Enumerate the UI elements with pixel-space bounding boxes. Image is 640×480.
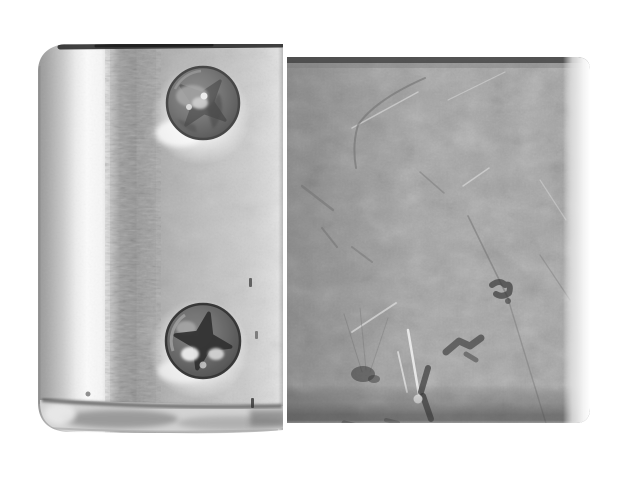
bracket-fold-speckle-texture — [110, 44, 156, 434]
smudge — [505, 298, 511, 304]
screw-reflection — [181, 347, 199, 361]
bottom-fold-highlight — [44, 403, 76, 425]
bottom-fold-right-shadow — [250, 410, 286, 426]
screw-reflection — [186, 104, 192, 110]
edge-nick — [255, 331, 258, 339]
photo-canvas — [0, 0, 640, 480]
plate-left-shading — [287, 57, 417, 423]
plate-right-edge-highlight — [563, 57, 590, 423]
bottom-fold-shadow — [62, 410, 178, 428]
photo-stage: Grayscale close-up photograph of a folde… — [0, 0, 640, 480]
screw-reflection — [200, 362, 207, 369]
smudge — [344, 423, 362, 427]
plate — [287, 57, 590, 430]
edge-nick — [251, 398, 254, 408]
plate-top-edge — [287, 57, 590, 63]
edge-nick — [86, 392, 91, 397]
plate-top-edge-shadow — [287, 63, 590, 68]
screw-reflection — [201, 93, 208, 100]
edge-nick — [249, 278, 252, 287]
plate-bottom-edge — [287, 385, 590, 423]
screw-reflection — [208, 348, 224, 360]
bracket-top-edge-dark — [96, 45, 212, 46]
smudge — [368, 375, 380, 383]
bracket — [38, 44, 287, 434]
screw-bottom — [149, 299, 249, 399]
bracket-left-fold-texture — [38, 44, 110, 434]
